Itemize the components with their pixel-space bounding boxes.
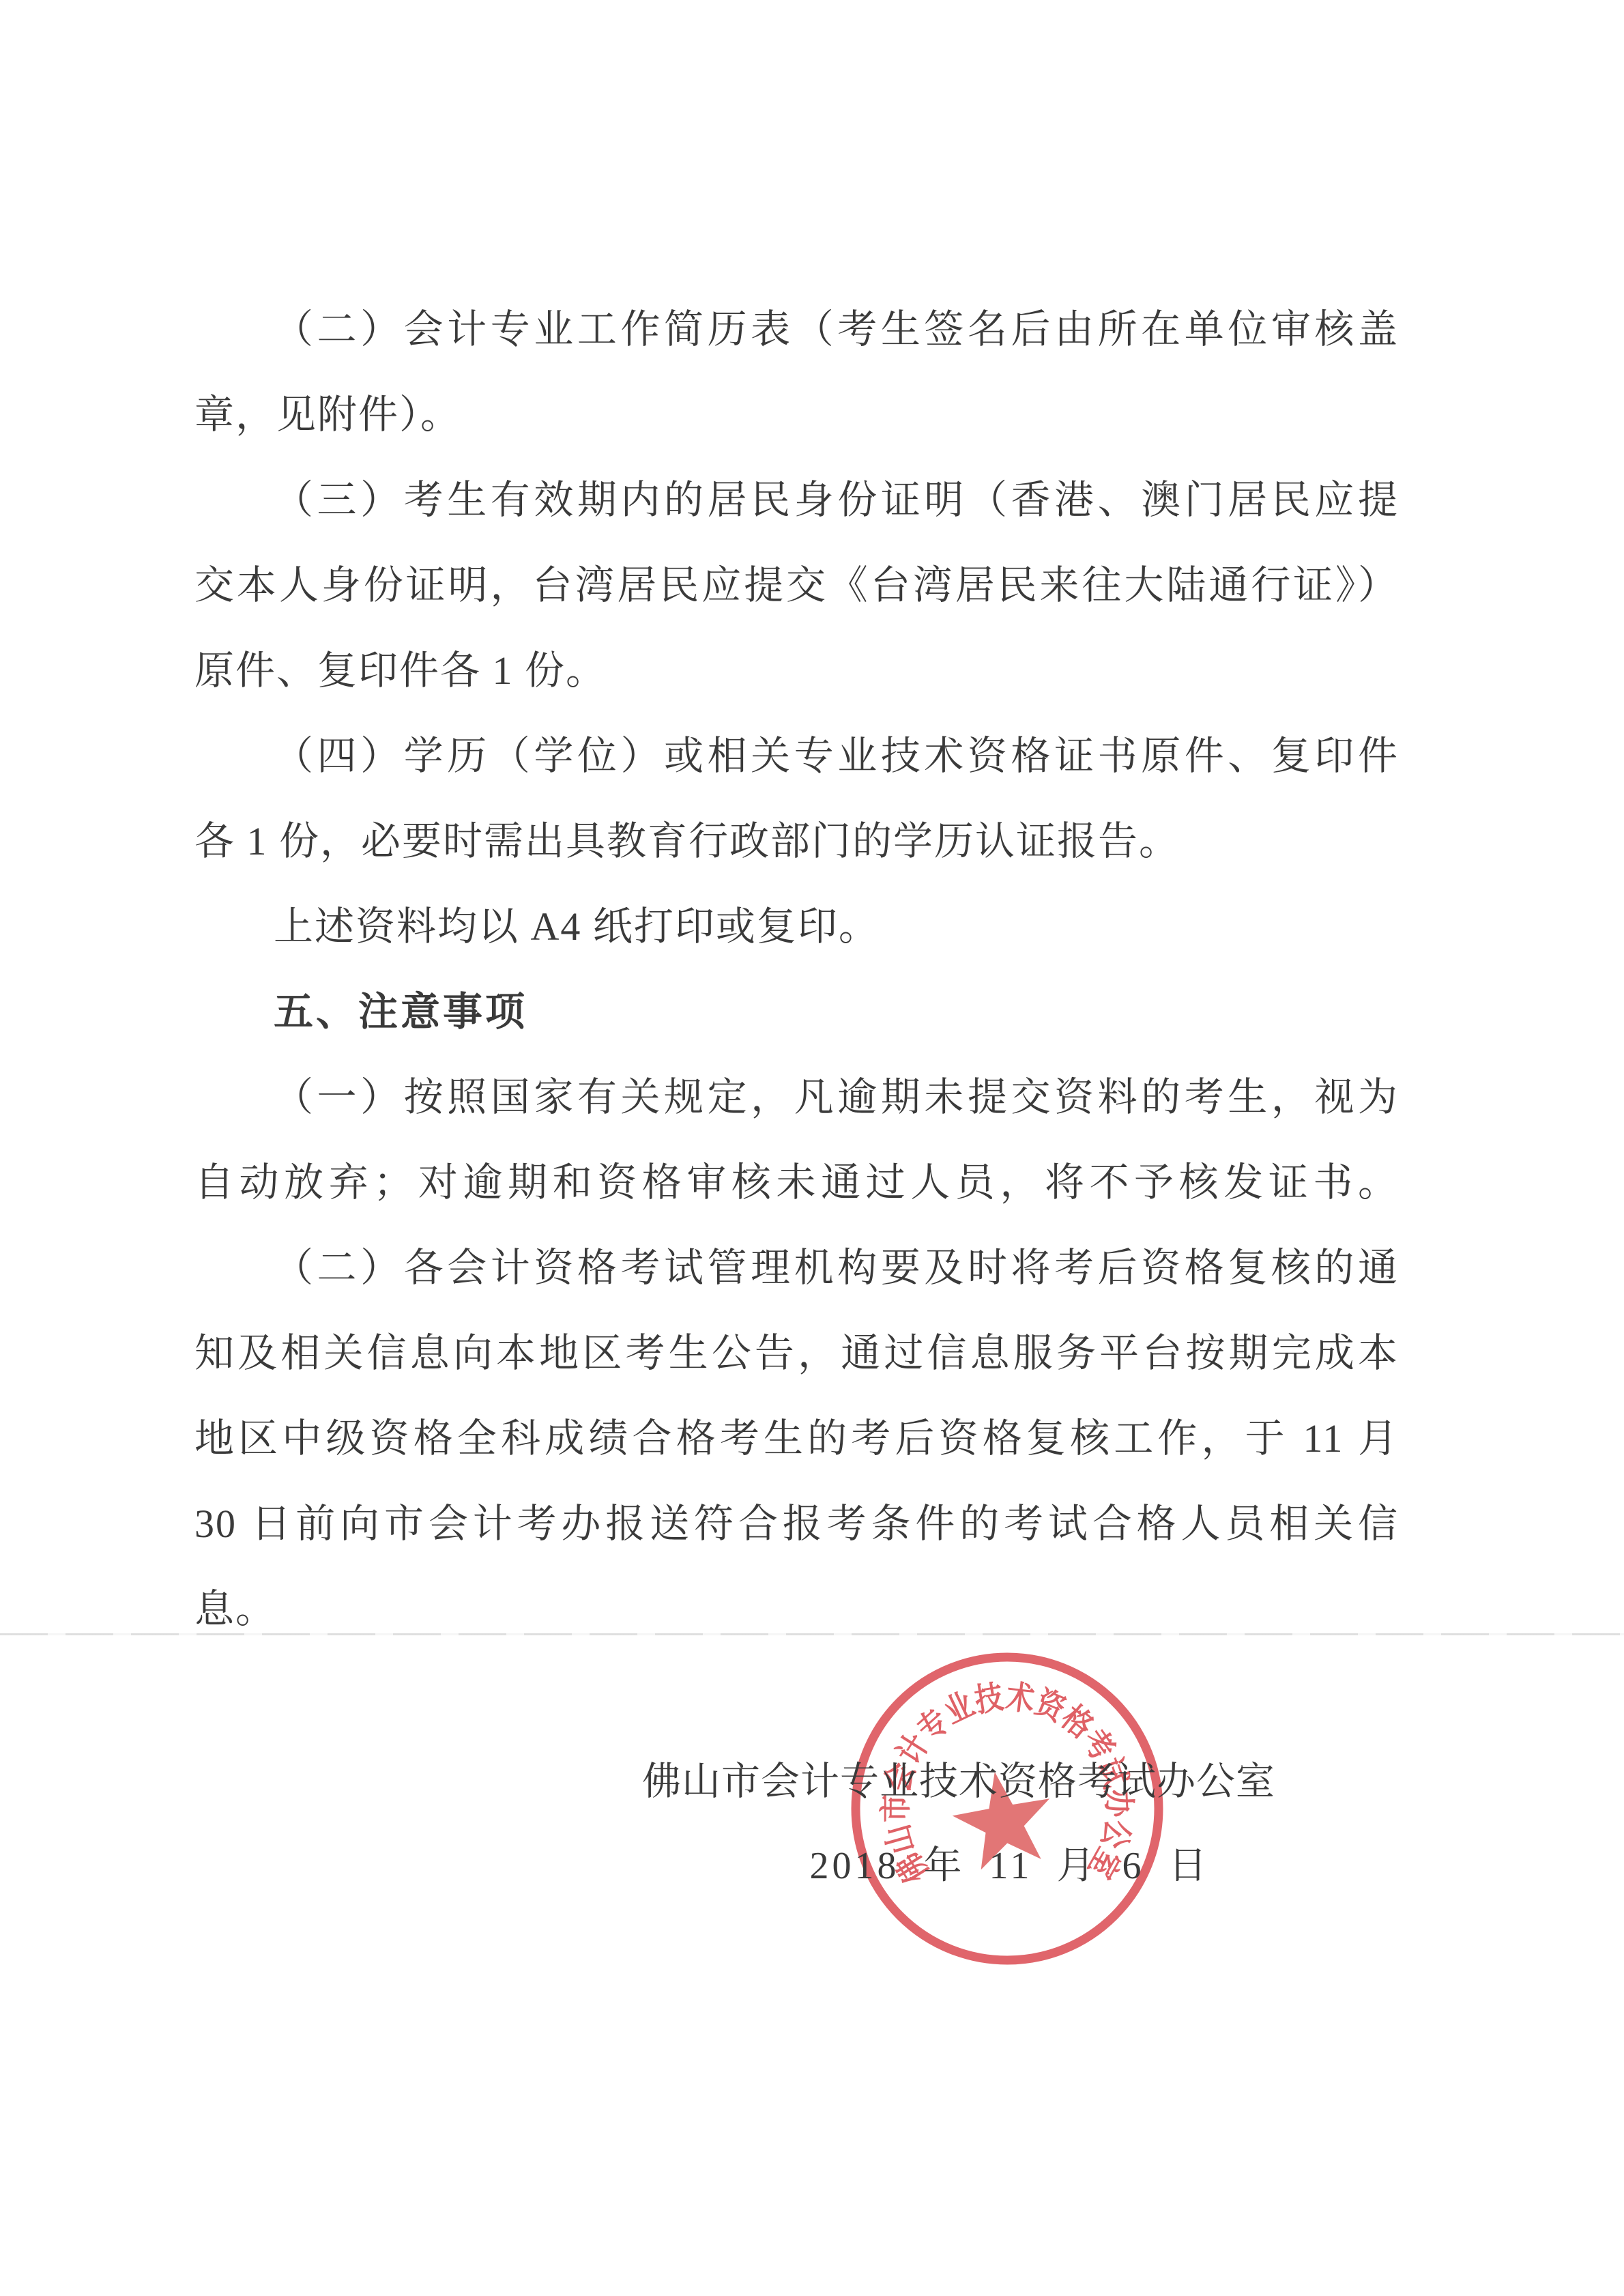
document-line: 章，见附件）。 — [194, 372, 1399, 457]
document-line: 上述资料均以 A4 纸打印或复印。 — [194, 884, 1399, 969]
document-line: （一）按照国家有关规定，凡逾期未提交资料的考生，视为 — [194, 1054, 1399, 1140]
section-heading: 五、注意事项 — [194, 969, 1399, 1054]
document-line: 地区中级资格全科成绩合格考生的考后资格复核工作，于 11 月 — [194, 1396, 1399, 1481]
date-line: 2018 年 11 月 6 日 — [778, 1824, 1242, 1909]
document-line: （二）会计专业工作简历表（考生签名后由所在单位审核盖 — [194, 287, 1399, 372]
document-page: 佛山市会计专业技术资格考试办公室 （二）会计专业工作简历表（考生签名后由所在单位… — [0, 0, 1624, 2296]
document-line: 息。 — [194, 1566, 1399, 1652]
signature-line: 佛山市会计专业技术资格考试办公室 — [635, 1739, 1283, 1824]
document-line: （四）学历（学位）或相关专业技术资格证书原件、复印件 — [194, 713, 1399, 799]
document-line: 自动放弃；对逾期和资格审核未通过人员，将不予核发证书。 — [194, 1140, 1399, 1225]
document-line: （二）各会计资格考试管理机构要及时将考后资格复核的通 — [194, 1225, 1399, 1310]
document-line: 交本人身份证明，台湾居民应提交《台湾居民来往大陆通行证》） — [194, 543, 1399, 628]
document-line: 原件、复印件各 1 份。 — [194, 628, 1399, 713]
document-line: 30 日前向市会计考办报送符合报考条件的考试合格人员相关信 — [194, 1481, 1399, 1566]
document-line: 各 1 份，必要时需出具教育行政部门的学历认证报告。 — [194, 799, 1399, 884]
document-line: 知及相关信息向本地区考生公告，通过信息服务平台按期完成本 — [194, 1310, 1399, 1396]
document-line: （三）考生有效期内的居民身份证明（香港、澳门居民应提 — [194, 457, 1399, 543]
